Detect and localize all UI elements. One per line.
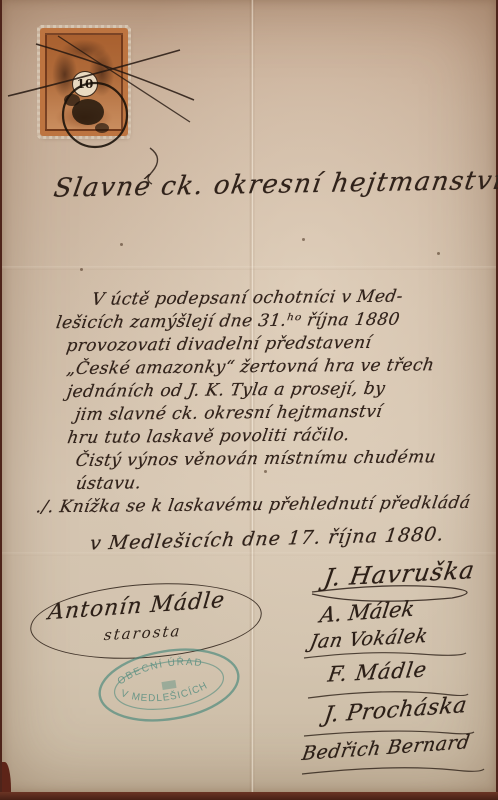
municipal-stamp-top-text: OBECNÍ ÚŘAD <box>114 651 207 688</box>
photo-backdrop-corner <box>2 762 11 792</box>
signature: Jan Vokálek <box>308 625 430 653</box>
paper: 10 Slavné ck. okresní hejtmanství! V úct… <box>2 0 496 792</box>
stamp-center-mark-icon <box>161 680 176 690</box>
body-text: V úctě podepsaní ochotníci v Med- lešicí… <box>56 285 473 519</box>
signature: A. Málek <box>318 597 416 628</box>
signature-flourish-icon <box>294 762 489 780</box>
body-line: ./. Knížka se k laskavému přehlednutí př… <box>34 492 474 520</box>
signature: Bedřich Bernard <box>300 731 471 765</box>
foxing-speck <box>80 268 83 271</box>
revenue-stamp: 10 <box>40 28 128 136</box>
horizontal-crease <box>2 266 496 270</box>
foxing-speck <box>302 238 305 241</box>
photo-backdrop-edge <box>0 792 498 800</box>
signature: F. Mádle <box>326 657 429 686</box>
signature: J. Havruška <box>322 556 477 592</box>
stamp-value: 10 <box>72 71 98 97</box>
document-heading: Slavné ck. okresní hejtmanství! <box>52 166 467 203</box>
document-photo: 10 Slavné ck. okresní hejtmanství! V úct… <box>0 0 498 800</box>
horizontal-crease <box>2 552 496 556</box>
dateline: v Medlešicích dne 17. října 1880. <box>89 523 446 554</box>
svg-text:OBECNÍ ÚŘAD: OBECNÍ ÚŘAD <box>114 651 207 688</box>
signature: J. Procháska <box>322 693 468 728</box>
foxing-speck <box>437 252 440 255</box>
foxing-speck <box>120 243 123 246</box>
